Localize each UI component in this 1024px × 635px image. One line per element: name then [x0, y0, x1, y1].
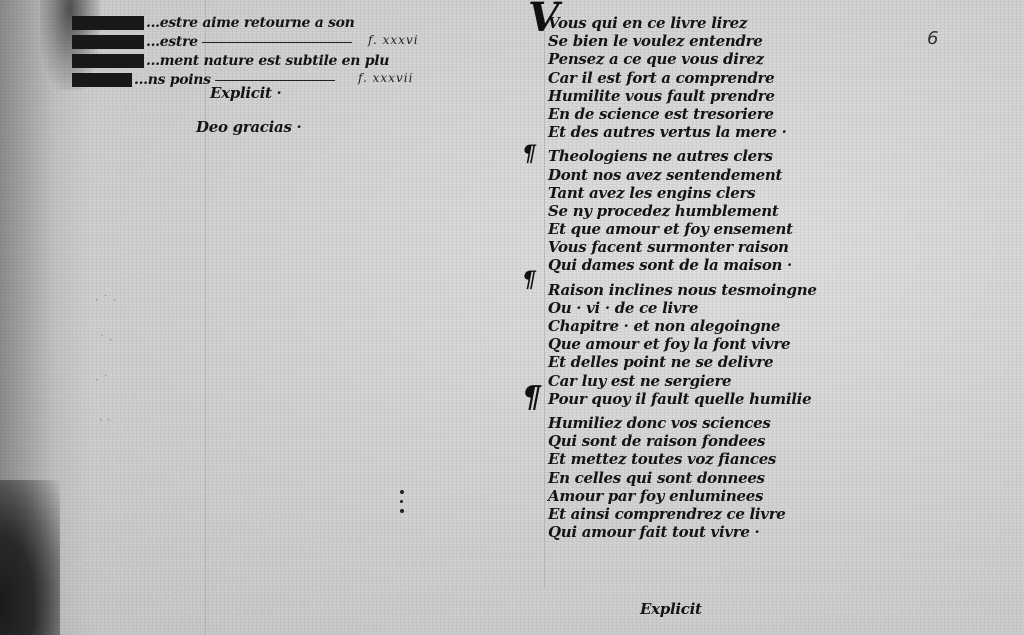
verse-line: Pour quoy il fault quelle humilie [548, 390, 817, 408]
verse-line: Ou · vi · de ce livre [548, 299, 817, 317]
verse-column: V Vous qui en ce livre lirez Se bien le … [548, 14, 817, 547]
smudged-text [72, 35, 144, 49]
verse-line: Dont nos avez sentendement [548, 166, 817, 184]
pilcrow-mark: ¶ [522, 141, 536, 167]
pilcrow-mark: ¶ [522, 380, 541, 415]
verse-line: Car il est fort a comprendre [548, 69, 817, 87]
verse-line: Et des autres vertus la mere · [548, 123, 817, 141]
line-filler [215, 80, 335, 81]
verse-line: En celles qui sont donnees [548, 469, 817, 487]
verse-line: Amour par foy enluminees [548, 487, 817, 505]
line-filler [202, 42, 352, 43]
smudged-text [72, 16, 144, 30]
verse-line: Et que amour et foy ensement [548, 220, 817, 238]
verse-line: Se bien le voulez entendre [548, 32, 817, 50]
verse-line: Qui amour fait tout vivre · [548, 523, 817, 541]
verse-line: Humiliez donc vos sciences [548, 414, 817, 432]
stanza-1: Vous qui en ce livre lirez Se bien le vo… [548, 14, 817, 141]
colophon-line: ...estre aime retourne a son [72, 14, 389, 33]
verse-line: Et ainsi comprendrez ce livre [548, 505, 817, 523]
ink-stain-bottom [0, 480, 60, 635]
verse-line: Se ny procedez humblement [548, 202, 817, 220]
smudged-text [72, 73, 132, 87]
verse-line: Et mettez toutes voz fiances [548, 450, 817, 468]
stanza-4: ¶ Humiliez donc vos sciences Qui sont de… [548, 414, 817, 541]
verse-line: Humilite vous fault prendre [548, 87, 817, 105]
bleed-through-marks: · ˙ · ˙ ·· ˙ · · [95, 280, 116, 440]
ruling-line [544, 18, 545, 588]
verse-line: Et delles point ne se delivre [548, 353, 817, 371]
verse-line: Vous facent surmonter raison [548, 238, 817, 256]
verse-line: Vous qui en ce livre lirez [548, 14, 817, 32]
colophon: ...estre aime retourne a son ...estre ..… [72, 14, 389, 90]
page-number: 6 [927, 28, 938, 49]
folio-reference: f. xxxvii [358, 71, 413, 85]
margin-dots [400, 490, 404, 519]
colophon-line: ...estre [72, 33, 389, 52]
verse-line: Qui dames sont de la maison · [548, 256, 817, 274]
stanza-2: ¶ Theologiens ne autres clers Dont nos a… [548, 147, 817, 274]
explicit-right: Explicit [640, 600, 702, 618]
verse-line: Car luy est ne sergiere [548, 372, 817, 390]
manuscript-page: ...estre aime retourne a son ...estre ..… [0, 0, 1024, 635]
paper-texture [0, 0, 1024, 635]
verse-line: Que amour et foy la font vivre [548, 335, 817, 353]
dot [400, 500, 403, 503]
stanza-3: ¶ Raison inclines nous tesmoingne Ou · v… [548, 281, 817, 408]
verse-line: Theologiens ne autres clers [548, 147, 817, 165]
verse-line: Pensez a ce que vous direz [548, 50, 817, 68]
ruling-line [205, 0, 206, 635]
dot [400, 490, 404, 494]
dot [400, 509, 404, 513]
verse-line: Qui sont de raison fondees [548, 432, 817, 450]
verse-line: Chapitre · et non alegoingne [548, 317, 817, 335]
folio-reference: f. xxxvi [368, 33, 419, 47]
verse-line: Raison inclines nous tesmoingne [548, 281, 817, 299]
verse-line: En de science est tresoriere [548, 105, 817, 123]
colophon-line: ...ment nature est subtile en plu [72, 52, 389, 71]
deo-gracias: Deo gracias · [196, 118, 301, 136]
explicit-left: Explicit · [210, 84, 281, 102]
smudged-text [72, 54, 144, 68]
pilcrow-mark: ¶ [522, 267, 536, 293]
verse-line: Tant avez les engins clers [548, 184, 817, 202]
